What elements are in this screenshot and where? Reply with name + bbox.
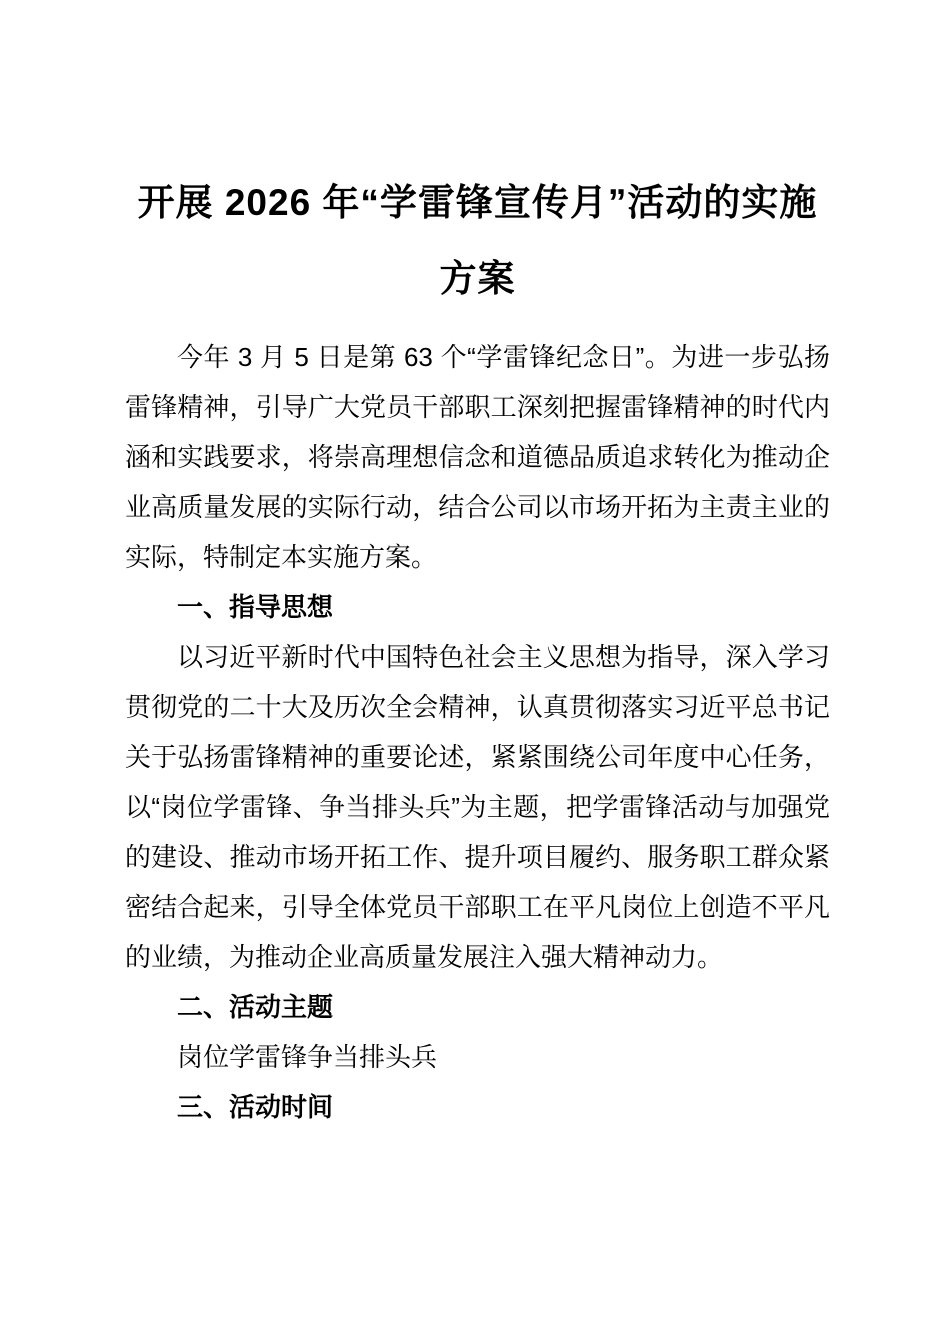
body-paragraph: 以习近平新时代中国特色社会主义思想为指导，深入学习贯彻党的二十大及历次全会精神，… <box>125 632 830 982</box>
document-page: 开展 2026 年“学雷锋宣传月”活动的实施 方案 今年 3 月 5 日是第 6… <box>0 0 950 1344</box>
body-paragraph: 岗位学雷锋争当排头兵 <box>125 1032 830 1082</box>
document-body: 今年 3 月 5 日是第 63 个“学雷锋纪念日”。为进一步弘扬雷锋精神，引导广… <box>125 332 830 1132</box>
section-heading: 二、活动主题 <box>125 982 830 1032</box>
document-title-line-1: 开展 2026 年“学雷锋宣传月”活动的实施 <box>125 165 830 241</box>
document-title: 开展 2026 年“学雷锋宣传月”活动的实施 方案 <box>125 165 830 317</box>
document-title-line-2: 方案 <box>125 241 830 317</box>
section-heading: 一、指导思想 <box>125 582 830 632</box>
body-paragraph: 今年 3 月 5 日是第 63 个“学雷锋纪念日”。为进一步弘扬雷锋精神，引导广… <box>125 332 830 582</box>
section-heading: 三、活动时间 <box>125 1082 830 1132</box>
